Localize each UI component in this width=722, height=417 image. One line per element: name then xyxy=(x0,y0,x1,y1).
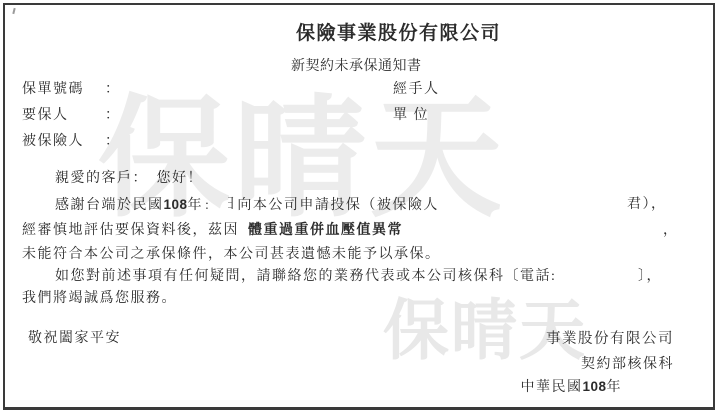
contact-bracket-close: 〕， xyxy=(638,268,662,286)
redacted-fragment-colon: : xyxy=(205,198,210,213)
year-suffix: 年 xyxy=(188,198,204,213)
department-signature: 契約部核保科 xyxy=(581,356,674,374)
scanned-letter-page: 保晴天 保晴天 保險事業股份有限公司 新契約未承保通知書 保單號碼： 要保人： … xyxy=(0,0,722,417)
reason-intro: 經審慎地評估要保資料後，茲因 xyxy=(22,223,239,238)
apply-text-cont: 向本公司申請投保（被保險人 xyxy=(237,198,439,213)
paragraph-decline: 未能符合本公司之承保條件，本公司甚表遺憾未能予以承保。 xyxy=(22,246,441,264)
field-colon: ： xyxy=(105,108,121,123)
policy-number-label: 保單號碼 xyxy=(22,81,105,99)
field-applicant: 要保人： xyxy=(22,107,121,125)
year-number: 108 xyxy=(164,197,188,212)
field-policy-number: 保單號碼： xyxy=(22,81,121,99)
field-insured: 被保險人： xyxy=(22,133,121,151)
decline-reason-text: 體重過重併血壓值異常 xyxy=(248,223,403,238)
applicant-label: 要保人 xyxy=(22,107,105,125)
insured-honorific-tail: 君）， xyxy=(627,196,667,214)
paragraph-contact: 如您對前述事項有任何疑問，請聯絡您的業務代表或本公司核保科〔電話: xyxy=(55,268,556,286)
date-prefix: 中華民國 xyxy=(520,380,582,395)
field-handler: 經手人 xyxy=(393,81,440,99)
document-subtitle: 新契約未承保通知書 xyxy=(291,58,422,76)
document-date: 中華民國108年 xyxy=(520,378,622,397)
paragraph-apply: 感謝台端於民國108年:日向本公司申請投保（被保險人 xyxy=(55,196,439,215)
company-signature: 事業股份有限公司 xyxy=(546,330,674,348)
date-suffix: 年 xyxy=(607,380,623,395)
document-title: 保險事業股份有限公司 xyxy=(296,25,501,43)
apply-text: 感謝台端於民國 xyxy=(55,198,164,213)
field-colon: ： xyxy=(105,134,121,149)
date-year-number: 108 xyxy=(582,379,606,394)
field-colon: ： xyxy=(105,82,121,97)
insured-label: 被保險人 xyxy=(22,133,105,151)
closing-blessing: 敬祝闔家平安 xyxy=(28,330,121,348)
greeting-line: 親愛的客戶： 您好！ xyxy=(55,170,203,188)
paragraph-service: 我們將竭誠爲您服務。 xyxy=(22,290,177,308)
field-unit: 單 位 xyxy=(393,107,429,125)
reason-trailing-comma: ， xyxy=(663,222,679,240)
paragraph-reason: 經審慎地評估要保資料後，茲因體重過重併血壓值異常 xyxy=(22,222,403,240)
